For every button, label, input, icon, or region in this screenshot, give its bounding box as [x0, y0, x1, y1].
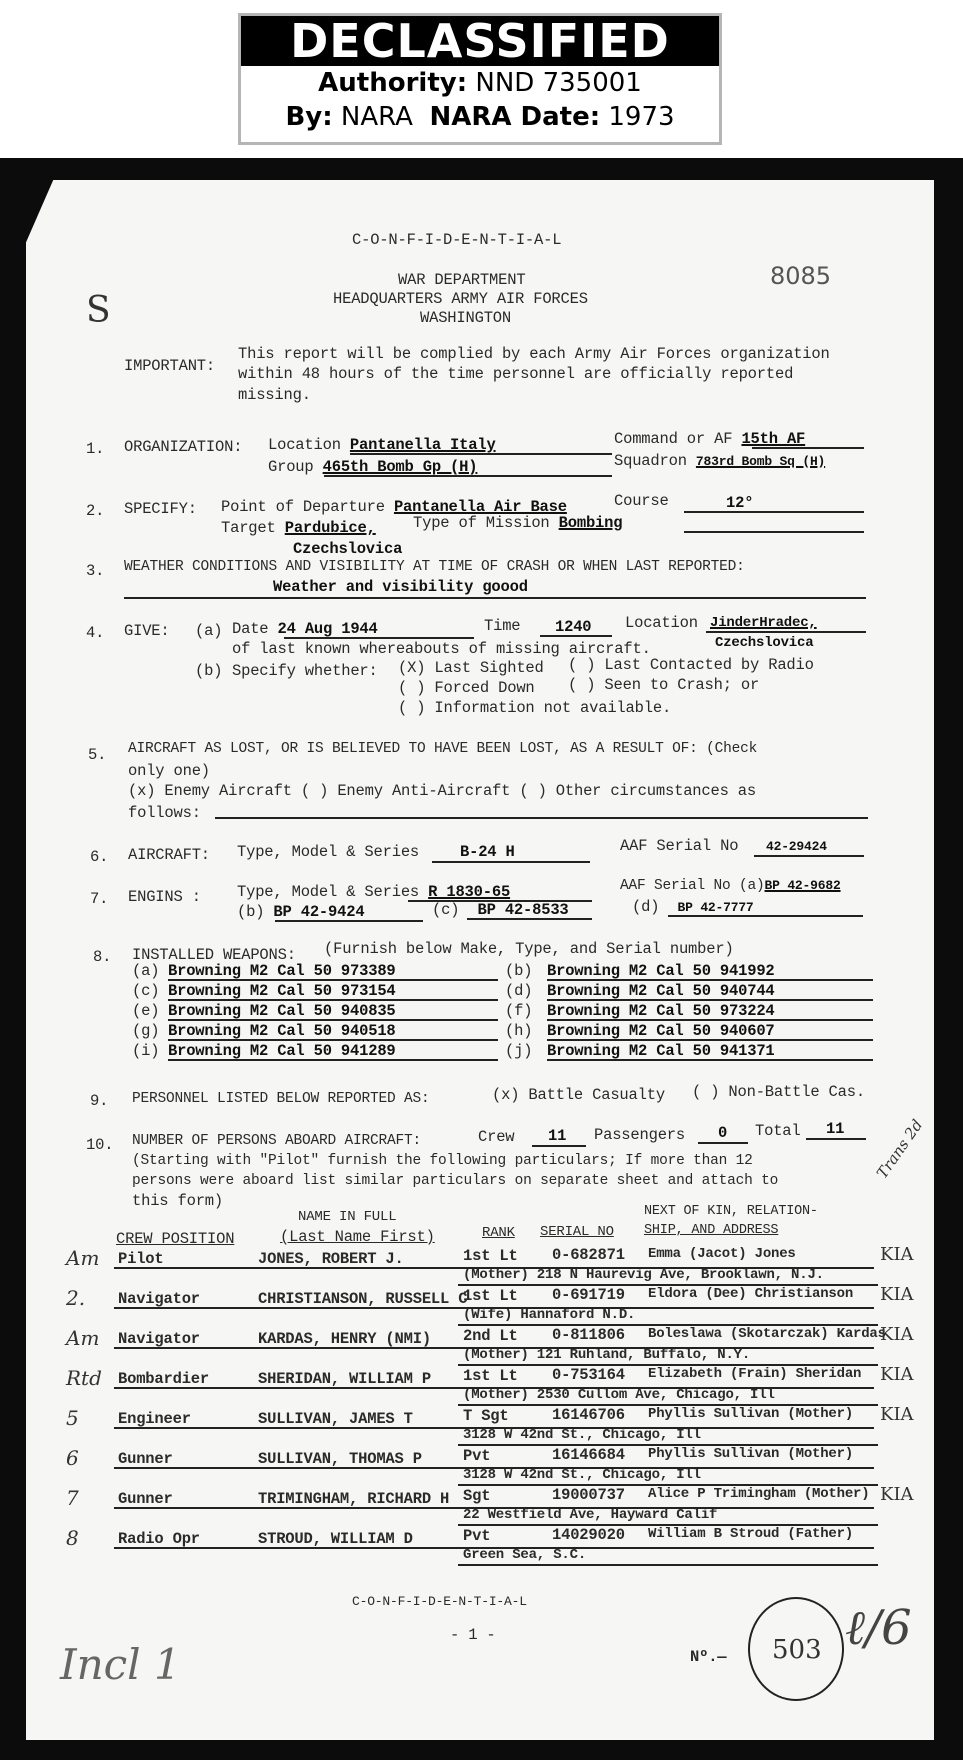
s1-num: 1.	[86, 440, 104, 458]
crew-name: SULLIVAN, JAMES T	[258, 1410, 413, 1428]
s9-opt-battle: (x) Battle Casualty	[492, 1086, 665, 1104]
crew-name: STROUD, WILLIAM D	[258, 1530, 413, 1548]
s4-location-cont: Czechslovica	[715, 634, 813, 652]
s6-type-label: Type, Model & Series	[237, 843, 419, 861]
crew-rank: 2nd Lt	[463, 1327, 518, 1345]
s4-date-field: Date 24 Aug 1944	[232, 620, 378, 638]
s4-label: GIVE:	[124, 622, 170, 640]
crew-row-line	[114, 1467, 874, 1469]
s10-crew-label: Crew	[478, 1128, 514, 1146]
crew-serial: 0-691719	[552, 1286, 625, 1304]
weapon-key: (j)	[505, 1042, 532, 1060]
crew-row-line	[114, 1307, 874, 1309]
weapon-key: (h)	[505, 1022, 532, 1040]
crew-rank: Sgt	[463, 1487, 490, 1505]
weapon-key: (i)	[132, 1042, 159, 1060]
crew-rank: Pvt	[463, 1527, 490, 1545]
doc-number: 8085	[770, 262, 831, 290]
crew-serial: 0-753164	[552, 1366, 625, 1384]
s2-num: 2.	[86, 502, 104, 520]
s10-label: NUMBER OF PERSONS ABOARD AIRCRAFT:	[132, 1132, 421, 1150]
s10-total-line	[806, 1138, 866, 1140]
s7-serial-c: (c) BP 42-8533	[432, 901, 569, 919]
weapon-key: (d)	[505, 982, 532, 1000]
important-label: IMPORTANT:	[124, 357, 215, 375]
s4-location-label: Location	[625, 614, 698, 632]
stamp-authority: Authority: NND 735001	[241, 66, 719, 100]
crew-kin: Eldora (Dee) Christianson	[648, 1285, 853, 1303]
crew-kin: Phyllis Sullivan (Mother)	[648, 1445, 853, 1463]
s5-options: (x) Enemy Aircraft ( ) Enemy Anti-Aircra…	[128, 782, 756, 800]
header-kin-top: NEXT OF KIN, RELATION-	[644, 1203, 818, 1221]
crew-row-line	[114, 1387, 874, 1389]
weapon-line	[168, 1039, 498, 1041]
crew-margin-mark: 2.	[66, 1286, 85, 1310]
s4-location-value: JinderHradec,	[710, 614, 817, 632]
crew-margin-mark: 8	[66, 1526, 79, 1550]
s7-b-line	[275, 920, 423, 922]
weapon-key: (b)	[505, 962, 532, 980]
crew-status-note: KIA	[880, 1244, 914, 1265]
s4-opt-na: ( ) Information not available.	[398, 699, 671, 717]
number-label: Nº.—	[690, 1648, 726, 1666]
s1-location-field: Location Pantanella Italy	[268, 436, 496, 454]
crew-name: JONES, ROBERT J.	[258, 1250, 404, 1268]
weapon-entry: Browning M2 Cal 50 941371	[547, 1042, 775, 1060]
page-number: - 1 -	[450, 1626, 496, 1644]
s5-line1: AIRCRAFT AS LOST, OR IS BELIEVED TO HAVE…	[128, 740, 757, 758]
s8-note: (Furnish below Make, Type, and Serial nu…	[324, 940, 734, 958]
crew-rank: 1st Lt	[463, 1287, 518, 1305]
classification-header: C-O-N-F-I-D-E-N-T-I-A-L	[352, 231, 561, 249]
weapon-entry: Browning M2 Cal 50 940607	[547, 1022, 775, 1040]
s10-line3: persons were aboard list similar particu…	[132, 1172, 778, 1190]
s5-num: 5.	[88, 746, 106, 764]
important-line2: within 48 hours of the time personnel ar…	[238, 365, 793, 383]
crew-serial: 19000737	[552, 1486, 625, 1504]
crew-margin-mark: 5	[66, 1406, 79, 1430]
crew-rank: T Sgt	[463, 1407, 509, 1425]
crew-row-line	[114, 1507, 874, 1509]
s6-type-line	[432, 861, 590, 863]
weapon-entry: Browning M2 Cal 50 973224	[547, 1002, 775, 1020]
s4-opt-last-sighted: (X) Last Sighted	[398, 659, 544, 677]
weapon-line	[168, 979, 498, 981]
crew-name: SULLIVAN, THOMAS P	[258, 1450, 422, 1468]
crew-row-line	[114, 1347, 874, 1349]
s4-opt-radio: ( ) Last Contacted by Radio	[568, 656, 814, 674]
crew-serial: 0-811806	[552, 1326, 625, 1344]
crew-name: TRIMINGHAM, RICHARD H	[258, 1490, 449, 1508]
s2-mission-line	[684, 531, 864, 533]
crew-status-note: KIA	[880, 1404, 914, 1425]
s4-opt-crash: ( ) Seen to Crash; or	[568, 676, 759, 694]
s10-pass-label: Passengers	[594, 1126, 685, 1144]
weapon-line	[168, 999, 498, 1001]
crew-rank: 1st Lt	[463, 1247, 518, 1265]
initials-annotation: ℓ/6	[845, 1600, 912, 1656]
s10-total-value: 11	[826, 1120, 844, 1138]
weapon-entry: Browning M2 Cal 50 940518	[168, 1022, 396, 1040]
crew-name: SHERIDAN, WILLIAM P	[258, 1370, 431, 1388]
crew-position: Engineer	[118, 1410, 191, 1428]
stamp-title: DECLASSIFIED	[241, 16, 719, 66]
crew-rank: Pvt	[463, 1447, 490, 1465]
s4-a: (a)	[195, 622, 222, 640]
s10-num: 10.	[86, 1136, 113, 1154]
crew-kin: Elizabeth (Frain) Sheridan	[648, 1365, 861, 1383]
s4-time-line	[540, 635, 612, 637]
crew-serial: 16146706	[552, 1406, 625, 1424]
s5-line2: only one)	[128, 762, 210, 780]
s10-pass-line	[698, 1142, 748, 1144]
s10-pass-value: 0	[718, 1124, 727, 1142]
crew-position: Bombardier	[118, 1370, 209, 1388]
s10-crew-line	[532, 1145, 586, 1147]
s3-value: Weather and visibility goood	[273, 578, 528, 596]
header-name-top: NAME IN FULL	[298, 1208, 396, 1226]
crew-name: KARDAS, HENRY (NMI)	[258, 1330, 431, 1348]
crew-row-line	[114, 1547, 874, 1549]
s4-opt-forced: ( ) Forced Down	[398, 679, 535, 697]
weapon-line	[168, 1019, 498, 1021]
s9-num: 9.	[90, 1092, 108, 1110]
header-serial: SERIAL NO	[540, 1223, 614, 1241]
s4-specify: Specify whether:	[232, 662, 378, 680]
crew-row-line	[114, 1267, 874, 1269]
dept-title: WAR DEPARTMENT	[398, 271, 525, 289]
crew-status-note: KIA	[880, 1364, 914, 1385]
crew-address-line	[458, 1564, 878, 1566]
s7-num: 7.	[90, 890, 108, 908]
s6-type-value: B-24 H	[460, 843, 515, 861]
s1-location-line	[350, 453, 612, 455]
crew-rank: 1st Lt	[463, 1367, 518, 1385]
crew-status-note: KIA	[880, 1484, 914, 1505]
s4-location-line	[706, 631, 866, 633]
crew-position: Navigator	[118, 1330, 200, 1348]
stamp-by: By: NARA NARA Date: 1973	[241, 100, 719, 134]
s1-group-field: Group 465th Bomb Gp (H)	[268, 458, 477, 476]
declassified-stamp: DECLASSIFIED Authority: NND 735001 By: N…	[238, 13, 722, 145]
crew-row-line	[114, 1427, 874, 1429]
s9-opt-nonbattle: ( ) Non-Battle Cas.	[692, 1083, 865, 1101]
header-rank: RANK	[482, 1224, 515, 1242]
s7-d-line	[668, 915, 863, 917]
classification-footer: C-O-N-F-I-D-E-N-T-I-A-L	[352, 1593, 527, 1611]
s6-serial-value: 42-29424	[766, 838, 827, 856]
s4-time-value: 1240	[555, 618, 591, 636]
crew-kin: Phyllis Sullivan (Mother)	[648, 1405, 853, 1423]
crew-margin-mark: Am	[66, 1246, 99, 1270]
s2-mission-field: Type of Mission Bombing	[413, 514, 622, 532]
circle-number: 503	[772, 1635, 822, 1665]
s7-serial-b: (b) BP 42-9424	[237, 903, 364, 921]
crew-serial: 14029020	[552, 1526, 625, 1544]
margin-mark: S	[86, 290, 111, 331]
crew-margin-mark: 7	[66, 1486, 79, 1510]
s2-course-value: 12°	[726, 494, 753, 512]
s1-group-line	[324, 475, 612, 477]
s7-label: ENGINS :	[128, 888, 201, 906]
s5-follows: follows:	[128, 804, 201, 822]
s1-label: ORGANIZATION:	[124, 438, 242, 456]
weapon-entry: Browning M2 Cal 50 941289	[168, 1042, 396, 1060]
header-name: (Last Name First)	[280, 1228, 435, 1246]
weapon-key: (f)	[505, 1002, 532, 1020]
crew-kin: Alice P Trimingham (Mother)	[648, 1485, 869, 1503]
s1-squadron-field: Squadron 783rd Bomb Sq (H)	[614, 452, 825, 471]
s2-label: SPECIFY:	[124, 500, 197, 518]
s6-num: 6.	[90, 848, 108, 866]
crew-margin-mark: Am	[66, 1326, 99, 1350]
weapon-line	[547, 999, 873, 1001]
city-title: WASHINGTON	[420, 309, 511, 327]
s10-total-label: Total	[755, 1122, 801, 1140]
s10-crew-value: 11	[548, 1127, 566, 1145]
crew-position: Navigator	[118, 1290, 200, 1308]
s6-label: AIRCRAFT:	[128, 846, 210, 864]
weapon-key: (c)	[132, 982, 159, 1000]
s4-b: (b)	[195, 662, 222, 680]
weapon-line	[547, 1059, 873, 1061]
crew-position: Pilot	[118, 1250, 164, 1268]
crew-position: Gunner	[118, 1450, 173, 1468]
s9-label: PERSONNEL LISTED BELOW REPORTED AS:	[132, 1090, 430, 1108]
crew-serial: 16146684	[552, 1446, 625, 1464]
s2-course-label: Course	[614, 492, 669, 510]
crew-kin: Boleslawa (Skotarczak) Kardas	[648, 1325, 886, 1343]
hq-title: HEADQUARTERS ARMY AIR FORCES	[333, 290, 588, 308]
s6-serial-label: AAF Serial No	[620, 837, 738, 855]
important-line3: missing.	[238, 386, 311, 404]
s7-c-line	[467, 918, 592, 920]
weapon-line	[547, 1039, 873, 1041]
crew-status-note: KIA	[880, 1324, 914, 1345]
s3-line	[124, 597, 866, 599]
s2-target-cont: Czechslovica	[293, 540, 402, 558]
crew-margin-mark: 6	[66, 1446, 79, 1470]
s1-command-field: Command or AF 15th AF	[614, 430, 805, 448]
weapon-entry: Browning M2 Cal 50 940835	[168, 1002, 396, 1020]
s2-target-field: Target Pardubice,	[221, 519, 376, 537]
crew-kin: Emma (Jacot) Jones	[648, 1245, 796, 1263]
crew-margin-mark: Rtd	[66, 1366, 102, 1390]
header-kin: SHIP, AND ADDRESS	[644, 1222, 778, 1240]
s10-line4: this form)	[132, 1192, 223, 1210]
s3-label: WEATHER CONDITIONS AND VISIBILITY AT TIM…	[124, 558, 745, 576]
crew-position: Gunner	[118, 1490, 173, 1508]
crew-position: Radio Opr	[118, 1530, 200, 1548]
s4-date-line	[284, 637, 474, 639]
weapon-key: (e)	[132, 1002, 159, 1020]
weapon-line	[547, 1019, 873, 1021]
crew-kin: William B Stroud (Father)	[648, 1525, 853, 1543]
s4-num: 4.	[86, 624, 104, 642]
s7-type-field: Type, Model & Series R 1830-65	[237, 883, 510, 901]
s7-serial-a: AAF Serial No (a)BP 42-9682	[620, 877, 841, 895]
crew-name: CHRISTIANSON, RUSSELL C	[258, 1290, 467, 1308]
s2-course-line	[684, 511, 864, 513]
weapon-key: (a)	[132, 962, 159, 980]
weapon-entry: Browning M2 Cal 50 973389	[168, 962, 396, 980]
weapon-entry: Browning M2 Cal 50 941992	[547, 962, 775, 980]
s5-line	[215, 817, 868, 819]
s3-num: 3.	[86, 562, 104, 580]
header-position: CREW POSITION	[116, 1230, 234, 1248]
weapon-line	[547, 979, 873, 981]
s6-serial-line	[754, 855, 864, 857]
weapon-line	[168, 1059, 498, 1061]
weapon-entry: Browning M2 Cal 50 973154	[168, 982, 396, 1000]
s8-num: 8.	[93, 948, 111, 966]
s10-line2: (Starting with "Pilot" furnish the follo…	[132, 1152, 753, 1170]
s1-command-line	[752, 447, 864, 449]
s4-time-label: Time	[484, 617, 520, 635]
crew-serial: 0-682871	[552, 1246, 625, 1264]
weapon-entry: Browning M2 Cal 50 940744	[547, 982, 775, 1000]
important-line1: This report will be complied by each Arm…	[238, 345, 830, 363]
weapon-key: (g)	[132, 1022, 159, 1040]
crew-status-note: KIA	[880, 1284, 914, 1305]
incl-annotation: Incl 1	[60, 1640, 181, 1689]
